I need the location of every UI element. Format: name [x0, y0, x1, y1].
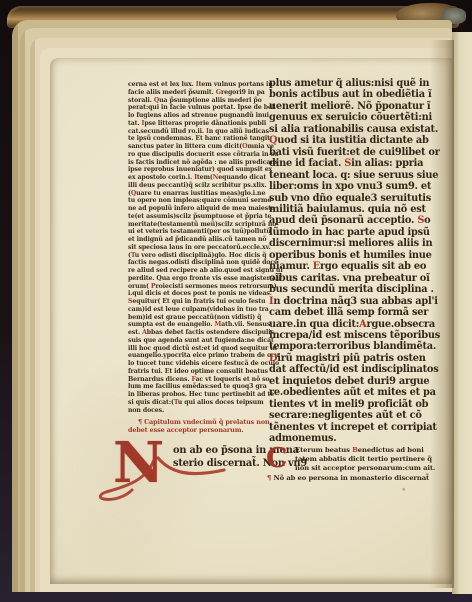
text-line: cat.secundũ illud ro.ii. In quo aliũ iud… [128, 128, 272, 136]
text-line: lo fugiens alios ad strenue pugnandũ inu… [128, 112, 272, 120]
text-line: storali. Qua p̃sumptione aliis mederi p̃… [128, 97, 272, 105]
right-column-rule-text: plus ametur q̃ alius:nisi quẽ inbonis ac… [269, 78, 437, 445]
text-line: cerna est et lex lux. Item vulnus portan… [128, 81, 272, 89]
text-line: factis negas.odisti disciplinã non quidẽ… [128, 259, 272, 267]
text-line: illi deus peccanti)q̃ scilz scribitur ps… [128, 182, 272, 190]
text-line: bem)id est graue peccatũ(non vidisti) q̃ [128, 314, 272, 322]
text-line: apud deũ p̃sonarũ acceptio. So [269, 215, 437, 226]
text-line: illi hoc quod dictũ est:et id quod sequi… [128, 345, 272, 353]
text-line: militiã baiulamus. quia nõ est [269, 204, 437, 215]
text-line: et indignũ ad p̃dicandũ aliis.cũ tamen n… [128, 236, 272, 244]
text-line: liber:oms in xpo vnu3 sum9. et [269, 181, 437, 192]
text-line: euangelio.ypocrita eice primo trabem de … [128, 352, 272, 360]
text-line: uare.in qua dicit:Argue.obsecra [269, 319, 437, 330]
text-line: bati visũ fuerit:et de cui9libet or [269, 147, 437, 158]
text-line: tempora:terroribus blandimẽta. [269, 341, 437, 352]
text-line: cam debet illã semp formã ser [269, 307, 437, 318]
text-line: operibus bonis et humiles inue [269, 250, 437, 261]
text-line: oĩbus caritas. vna prebeatur oĩ [269, 273, 437, 284]
text-line: Bernardus dicens. Fac vt loqueris et nõ … [128, 376, 272, 384]
text-line: in liberas probos. Hec tunc pertinebit a… [128, 391, 272, 399]
text-line: is factis indicet nõ agẽda : ne aliis pr… [128, 159, 272, 167]
text-line: i.qui dicis et doces post te ponis ne vi… [128, 290, 272, 298]
text-line: plus ametur q̃ alius:nisi quẽ in [269, 78, 437, 89]
text-line: te(et assumis)scilz p̃sumptuose et p̃pri… [128, 213, 272, 221]
text-line: Dirũ magistri piũ patris osten [269, 353, 437, 364]
text-line: ¶ Capitulum vndecimũ q̃ prelatus non [128, 418, 272, 426]
text-line: sit speciosa laus in ore peccatorũ.eccle… [128, 244, 272, 252]
text-line: admonemus. [269, 433, 437, 444]
text-line: tientes vt in meli9 proficiãt ob [269, 399, 437, 410]
text-line: increpa/id est miscens tẽporibus [269, 330, 437, 341]
text-line: suis que agenda sunt aut fugienda:ne dic… [128, 337, 272, 345]
text-line: niamur. Ergo equalis sit ab eo [269, 261, 437, 272]
text-line: non sit acceptor personarum:cum ait. [295, 464, 437, 473]
text-line: genuus ex seruicio cõuertẽti:ni [269, 112, 437, 123]
text-line: meritate(testamentũ meũ)scilz scripturã … [128, 221, 272, 229]
text-line: est. Abbas debet factis ostendere discip… [128, 329, 272, 337]
book-photo: cerna est et lex lux. Item vulnus portan… [0, 0, 472, 602]
left-column-commentary: cerna est et lex lux. Item vulnus portan… [128, 81, 272, 414]
text-line: teneant loca. q: siue seruus siue [269, 170, 437, 181]
text-line: orum( Proiecisti sermones meos retrorsum… [128, 283, 272, 291]
text-line: uenerit meliorẽ. Nõ p̃ponatur ĩ [269, 101, 437, 112]
text-line: sub vno dño equale3 seruitutis [269, 193, 437, 204]
text-line: ui et veteris testamenti(per os tuũ)poll… [128, 228, 272, 236]
text-line: (Tu vero odisti disciplinã)glo. Hoc dici… [128, 252, 272, 260]
text-line: Quod si ita iustitia dictante ab [269, 135, 437, 146]
text-line: Sequitur( Et qui in fratris tui oculo fe… [128, 298, 272, 306]
text-line: bus secundũ merita disciplina . [269, 284, 437, 295]
text-line: Eterum beatus Benedictus ad boni [295, 446, 437, 455]
text-line: cam)id est leue culpam(videbas in tuo tr… [128, 306, 272, 314]
text-line: te ipsũ condemnas. Et hanc rationẽ tangi… [128, 135, 272, 143]
text-line: tatem abbatis dicit tertio pertinere q̃ [295, 455, 437, 464]
right-column-commentary: Eterum beatus Benedictus ad bonitatem ab… [295, 446, 437, 473]
text-line: bonis actibus aut in obediẽtia ĩ [269, 89, 437, 100]
text-line: tẽnentes vt increpet et corripiat [269, 422, 437, 433]
text-line: perdite. Qua ergo fronte vis esse magist… [128, 275, 272, 283]
text-line: dine id faciat. Sin alias: ppria [269, 158, 437, 169]
text-line: re.obedientes aũt et mites et pa [269, 387, 437, 398]
text-line: non doces. [128, 407, 272, 415]
text-line: ex apostolo corin.i. Item(Nequando dicat [128, 174, 272, 182]
text-line: perat:qui in facie vulnus portat. Ipse d… [128, 104, 272, 112]
text-line: re aliud sed recipere ab alio.quod est s… [128, 267, 272, 275]
closing-line: ¶ Nõ ab eo persona in monasterio discern… [267, 474, 439, 483]
text-line: si quis dicat:(Tu qui alios doces teipsu… [128, 399, 272, 407]
text-line: sanctus pater in littera cum dicit(Omnia… [128, 143, 272, 151]
text-line: si alia rationabilis causa existat. [269, 124, 437, 135]
text-line: lo tuo:et tunc videbis eicere festucã de… [128, 360, 272, 368]
text-line: secrare:negligentes aũt et cõ [269, 410, 437, 421]
text-line: lum me facilius emẽdas:sed te quoq3 gra [128, 383, 272, 391]
text-line: (Quare tu enarras iustitias meas)glo.i.n… [128, 190, 272, 198]
text-line: In doctrina nãq3 sua abbas apl'i [269, 296, 437, 307]
text-line: et inquietos debet duri9 argue [269, 376, 437, 387]
text-line: dat affectũ/id est indisciplinatos [269, 364, 437, 375]
text-line: tat. Ipse litteras proprie dãnationis pu… [128, 120, 272, 128]
lombard-initial-c: C [266, 445, 288, 472]
text-line: ¶ Nõ ab eo persona in monasterio discern… [267, 474, 439, 483]
text-line: facie aliis mederi p̃sumit. Gregori9 in … [128, 89, 272, 97]
text-line: tu opere non impleas:quare cõmuni sermo [128, 197, 272, 205]
text-line: ne ad populũ infero aliquid de mea maies… [128, 205, 272, 213]
text-line: lũmodo in hac parte apud ipsũ [269, 227, 437, 238]
text-line: discernimur:si meliores aliis in [269, 238, 437, 249]
text-line: ro que discipulis docuerit esse cõtraria… [128, 151, 272, 159]
text-line: fratris tui. Et ideo optime consulit bea… [128, 368, 272, 376]
text-line: sumpta est de euangelio. Math.vii. Sensu… [128, 321, 272, 329]
facing-page-edge [452, 32, 472, 594]
text-line: ipse reprobus inueniatur) quod sumpsit e… [128, 166, 272, 174]
